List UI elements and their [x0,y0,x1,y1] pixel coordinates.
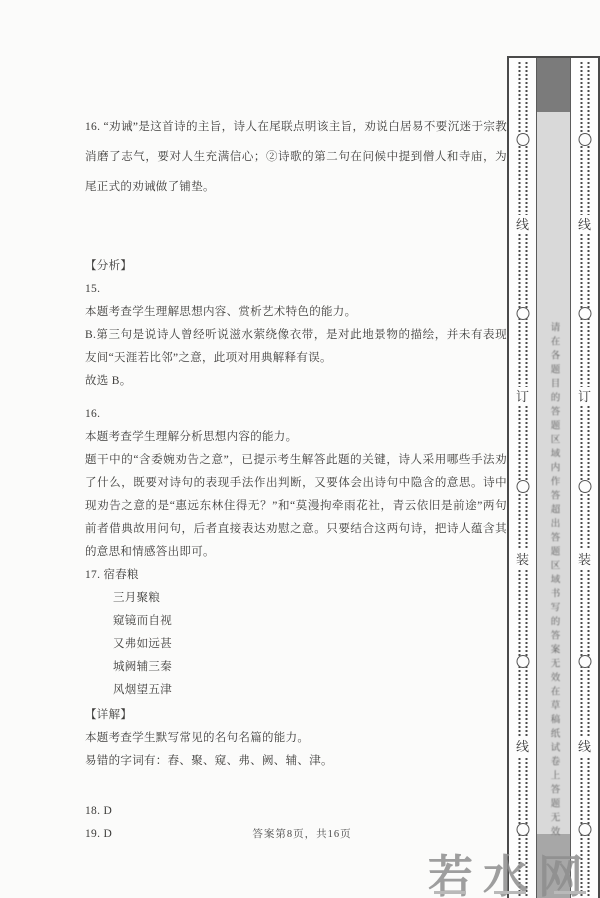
watermark-subtext-mark [434,891,466,894]
page-number-footer: 答案第8页，共16页 [85,826,519,841]
q17-answer-line: 城阙辅三秦 [85,656,519,679]
binding-line-character: 装 [515,550,530,569]
q17-answer-line: 三月聚粮 [85,587,519,610]
q16-explanation: 题干中的“含委婉劝告之意”，已提示考生解答此题的关键，诗人采用哪些手法劝告了什么… [85,449,519,564]
binding-line-character: 订 [577,387,592,406]
binding-circle-mark [516,307,529,320]
detail-section-header: 【详解】 [85,704,519,727]
binding-line-character: 线 [515,737,530,756]
watermark-subtext [434,891,586,894]
q15-explanation: B.第三句是说诗人曾经听说滋水萦绕像衣带，是对此地景物的描绘，并未有表现朋友间“… [85,324,519,370]
q17-number-and-first-answer: 17. 宿舂粮 [85,564,519,587]
q15-number: 15. [85,278,519,301]
binding-circle-mark [578,307,591,320]
binding-gray-margin: 请在各题目的答题区域内作答超出答题区域书写的答案无效在草稿纸试卷上答题无效 [536,58,571,898]
binding-dark-block-top [537,58,570,112]
binding-circle-mark [516,655,529,668]
binding-line-character: 线 [515,215,530,234]
binding-circle-mark [516,133,529,146]
binding-dotted-strip-left: 线订装线 [509,58,536,898]
q15-conclusion: 故选 B。 [85,370,519,393]
q17-error-prone-words: 易错的字词有：舂、聚、窥、弗、阙、辅、津。 [85,750,519,773]
binding-line-character: 线 [577,737,592,756]
binding-circle-mark [578,823,591,836]
binding-strip-panel: 线订装线 请在各题目的答题区域内作答超出答题区域书写的答案无效在草稿纸试卷上答题… [507,56,600,898]
q16-ability-statement: 本题考查学生理解分析思想内容的能力。 [85,426,519,449]
binding-circle-mark [516,480,529,493]
binding-line-character: 订 [515,387,530,406]
answer-document-body: 16. “劝诫”是这首诗的主旨，诗人在尾联点明该主旨，劝说白居易不要沉迷于宗教，… [85,112,519,846]
binding-vertical-notice-text: 请在各题目的答题区域内作答超出答题区域书写的答案无效在草稿纸试卷上答题无效 [547,322,561,840]
q17-answer-line: 风烟望五津 [85,679,519,702]
answer-paragraph-q16-summary: 16. “劝诫”是这首诗的主旨，诗人在尾联点明该主旨，劝说白居易不要沉迷于宗教，… [85,112,519,202]
analysis-section-header: 【分析】 [85,255,519,278]
watermark-subtext-mark [494,891,526,894]
watermark-subtext-mark [554,891,586,894]
binding-circle-mark [578,480,591,493]
q15-ability-statement: 本题考查学生理解思想内容、赏析艺术特色的能力。 [85,301,519,324]
q17-answer-line: 窥镜而自视 [85,610,519,633]
binding-circle-mark [578,133,591,146]
ruoshui-watermark: 若水网 [428,840,593,898]
binding-circle-mark [516,823,529,836]
binding-line-character: 线 [577,215,592,234]
binding-dotted-strip-right: 线订装线 [571,58,598,898]
q16-number: 16. [85,403,519,426]
q18-answer: 18. D [85,800,519,823]
q17-answer-line: 又弗如远甚 [85,633,519,656]
binding-line-character: 装 [577,550,592,569]
binding-circle-mark [578,655,591,668]
q17-ability-statement: 本题考查学生默写常见的名句名篇的能力。 [85,727,519,750]
